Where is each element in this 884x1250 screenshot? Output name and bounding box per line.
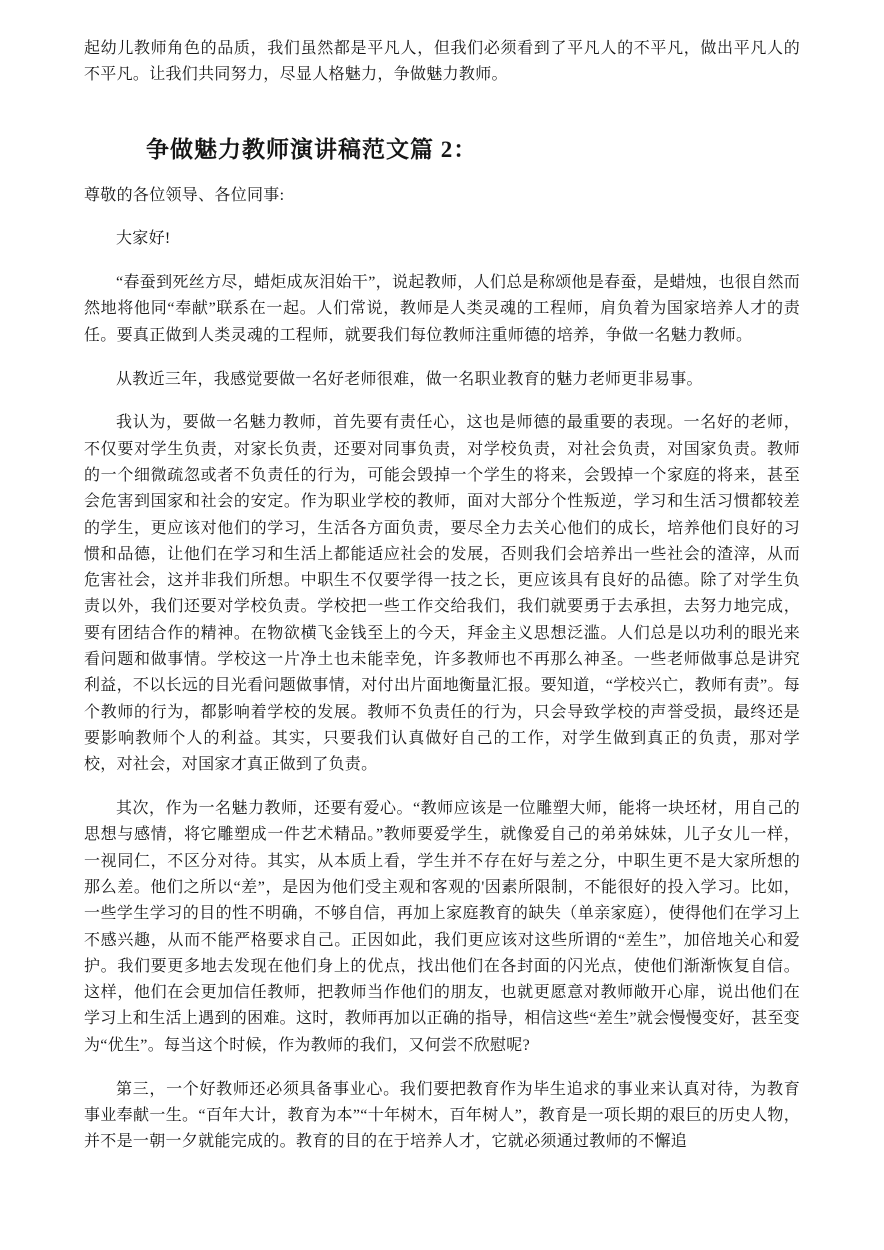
section-heading: 争做魅力教师演讲稿范文篇 2： (146, 133, 800, 166)
paragraph-responsibility: 我认为，要做一名魅力教师，首先要有责任心，这也是师德的最重要的表现。一名好的老师… (84, 410, 800, 778)
paragraph-three-years-teaching: 从教近三年，我感觉要做一名好老师很难，做一名职业教育的魅力老师更非易事。 (84, 367, 800, 393)
greeting: 大家好! (84, 226, 800, 252)
continuation-paragraph: 起幼儿教师角色的品质，我们虽然都是平凡人，但我们必须看到了平凡人的不平凡，做出平… (84, 36, 800, 89)
salutation: 尊敬的各位领导、各位同事: (84, 183, 800, 209)
document-page: 起幼儿教师角色的品质，我们虽然都是平凡人，但我们必须看到了平凡人的不平凡，做出平… (0, 0, 884, 1250)
paragraph-spring-silkworm: “春蚕到死丝方尽，蜡炬成灰泪始干”，说起教师，人们总是称颂他是春蚕，是蜡烛，也很… (84, 270, 800, 349)
paragraph-love-and-care: 其次，作为一名魅力教师，还要有爱心。“教师应该是一位雕塑大师，能将一块坯材，用自… (84, 796, 800, 1059)
paragraph-career-devotion: 第三，一个好教师还必须具备事业心。我们要把教育作为毕生追求的事业来认真对待，为教… (84, 1077, 800, 1156)
